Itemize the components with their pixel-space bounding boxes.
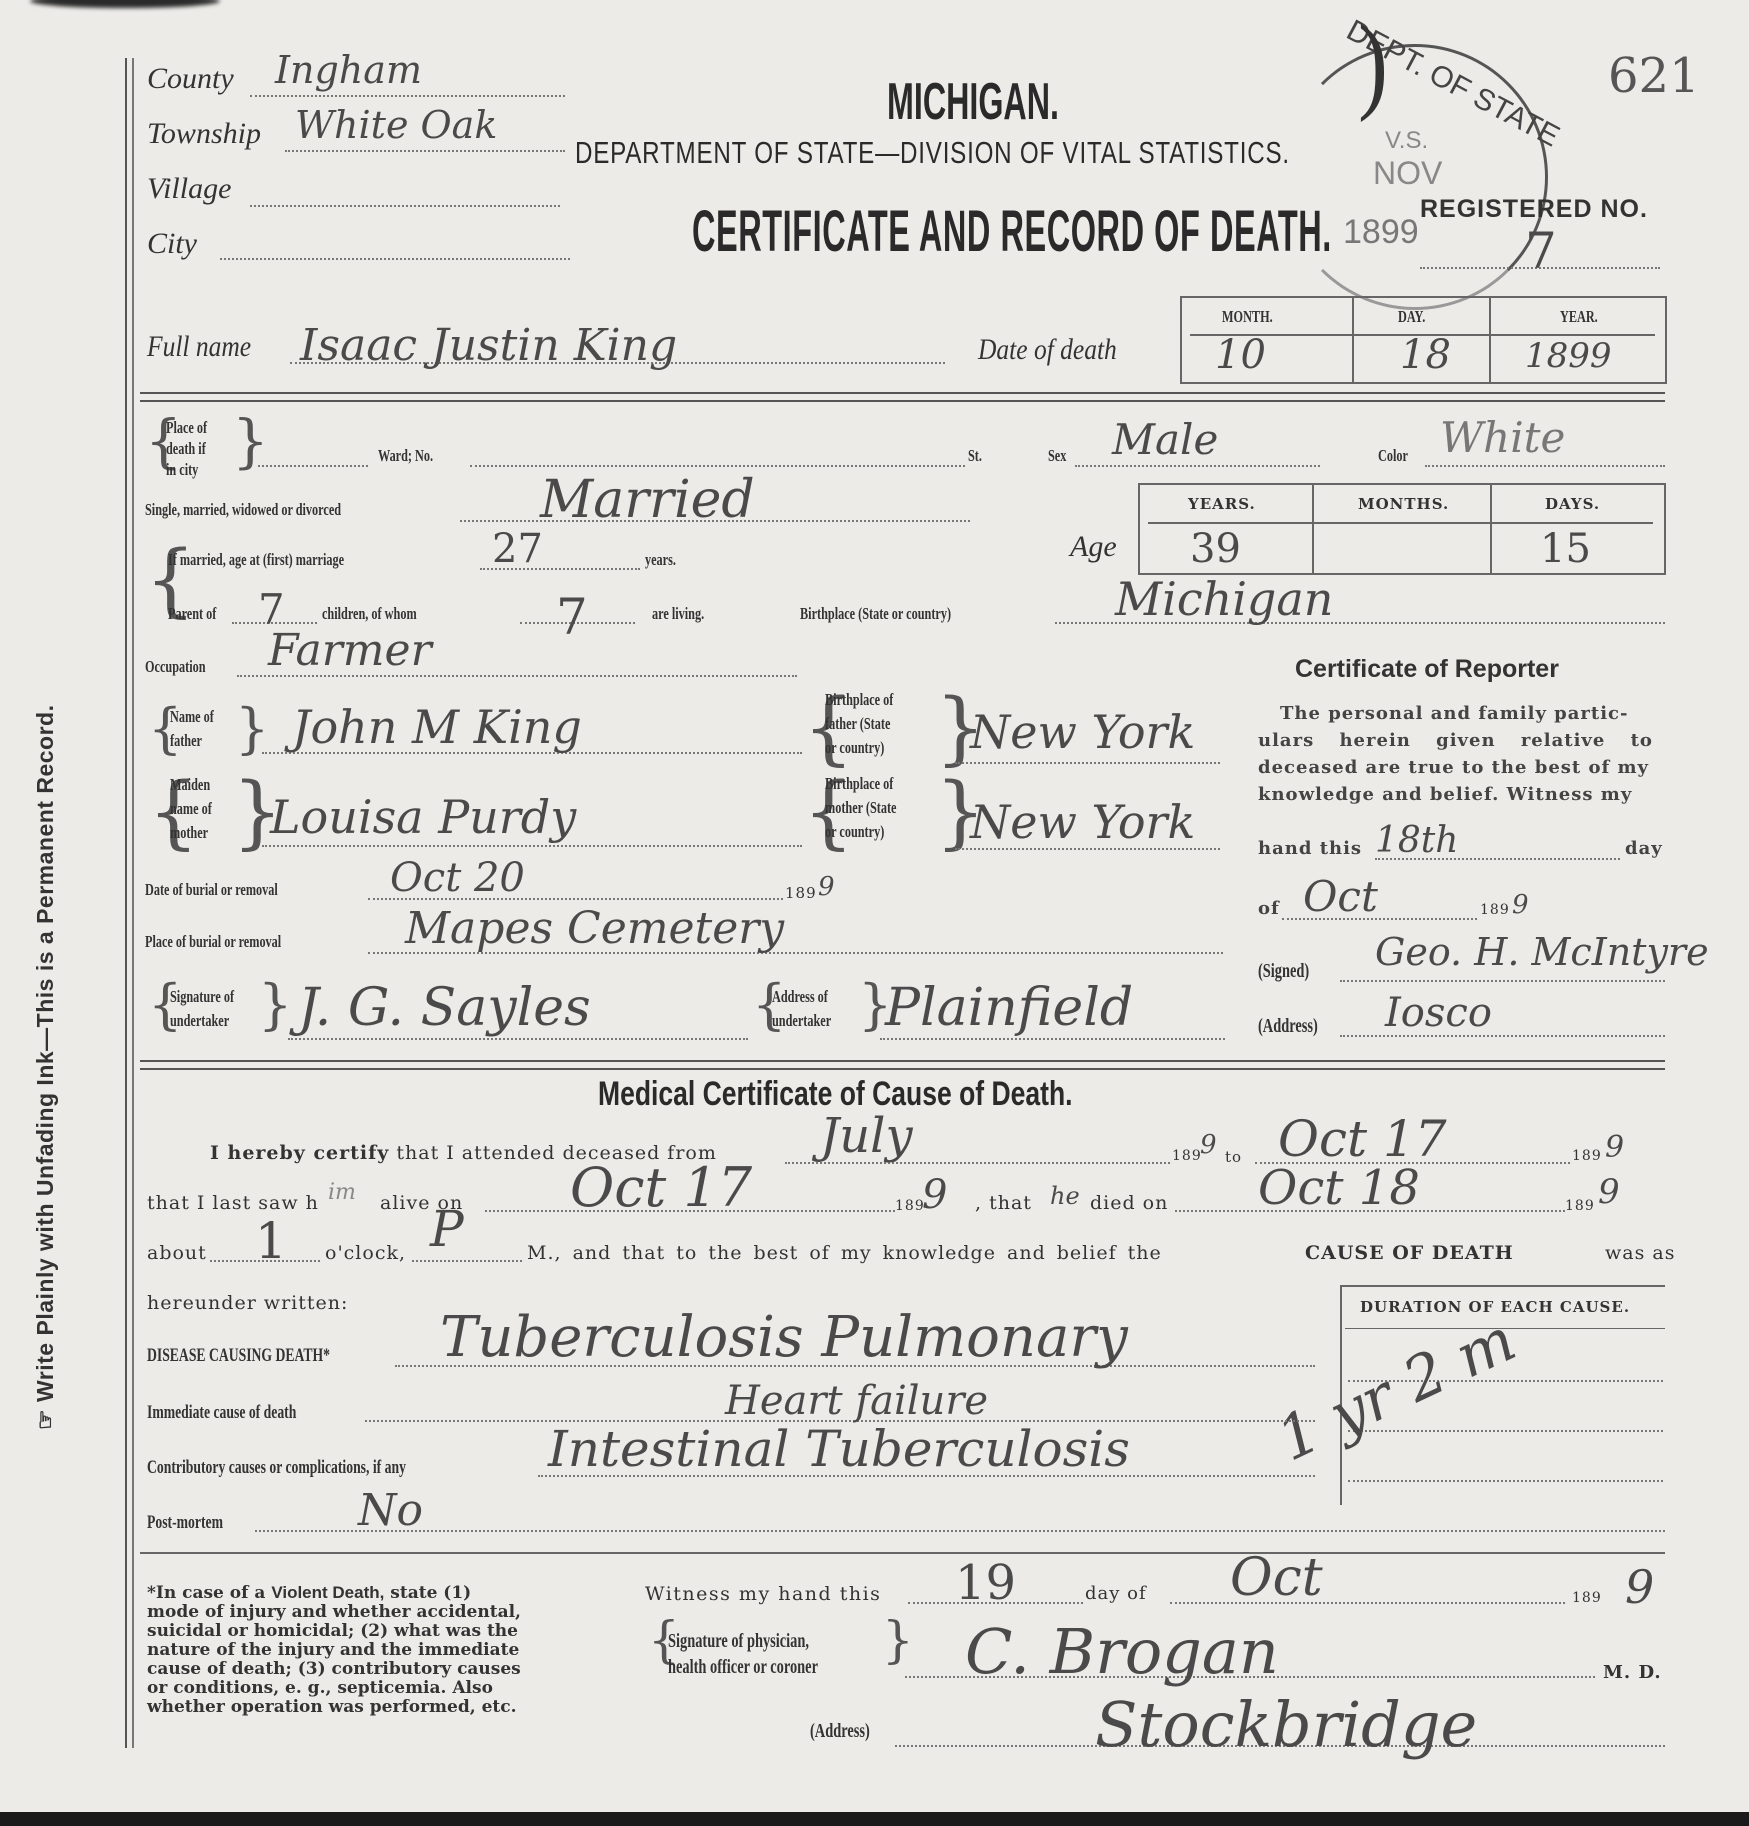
burial-place-label: Place of burial or removal xyxy=(145,932,281,952)
received-stamp: DEPT. OF STATE V.S. NOV 1899 xyxy=(1282,44,1548,310)
immediate-value[interactable]: Heart failure xyxy=(725,1378,988,1424)
reporter-address[interactable]: Iosco xyxy=(1385,990,1492,1036)
physician-day[interactable]: 19 xyxy=(955,1555,1016,1611)
color-line xyxy=(1425,465,1665,467)
date-col-day: DAY. xyxy=(1398,307,1425,327)
color-value[interactable]: White xyxy=(1440,413,1565,462)
date-of-death-label: Date of death xyxy=(978,333,1117,367)
scan-edge xyxy=(0,1812,1749,1826)
scan-smudge xyxy=(30,0,220,8)
date-col-year: YEAR. xyxy=(1560,307,1598,327)
immediate-label: Immediate cause of death xyxy=(147,1402,296,1424)
signed-label: (Signed) xyxy=(1258,960,1309,983)
children-of-whom-label: children, of whom xyxy=(322,604,417,624)
village-line[interactable] xyxy=(250,205,560,207)
are-living-label: are living. xyxy=(652,604,704,624)
county-label: County xyxy=(147,62,234,96)
years-suffix: years. xyxy=(645,550,676,570)
township-value[interactable]: White Oak xyxy=(295,103,497,147)
physician-year-suffix[interactable]: 9 xyxy=(1625,1560,1654,1614)
died-year-prefix: 189 xyxy=(1565,1198,1595,1214)
duration-line-3 xyxy=(1348,1480,1663,1482)
stamp-mid: V.S. xyxy=(1385,127,1428,155)
age-header-rule xyxy=(1148,522,1653,524)
age-label: Age xyxy=(1070,530,1117,564)
stamp-month: NOV xyxy=(1373,155,1442,192)
postmortem-value[interactable]: No xyxy=(358,1485,423,1536)
mother-label: Maiden name of mother xyxy=(170,773,212,845)
hereunder-label: hereunder written: xyxy=(147,1292,348,1314)
duration-line-2 xyxy=(1348,1430,1663,1432)
color-label: Color xyxy=(1378,446,1408,466)
village-label: Village xyxy=(147,172,231,206)
children-living[interactable]: 7 xyxy=(556,588,588,646)
state-title: MICHIGAN. xyxy=(887,72,1059,132)
died-date[interactable]: Oct 18 xyxy=(1258,1160,1420,1216)
hand-this-label: hand this xyxy=(1258,838,1362,859)
undertaker-address[interactable]: Plainfield xyxy=(885,978,1133,1038)
died-on-label: died on xyxy=(1090,1192,1168,1214)
reporter-year-prefix: 189 xyxy=(1480,902,1510,918)
sex-value[interactable]: Male xyxy=(1112,415,1218,464)
date-col-month: MONTH. xyxy=(1222,307,1273,327)
to-label: to xyxy=(1225,1148,1242,1166)
to-year-prefix: 189 xyxy=(1572,1148,1602,1164)
disease-value[interactable]: Tuberculosis Pulmonary xyxy=(440,1305,1128,1370)
father-birth-line xyxy=(955,762,1220,764)
township-label: Township xyxy=(147,117,261,151)
was-as-label: was as xyxy=(1605,1242,1675,1264)
contributory-value[interactable]: Intestinal Tuberculosis xyxy=(548,1420,1130,1478)
full-name-label: Full name xyxy=(147,330,251,364)
file-number: 621 xyxy=(1608,48,1700,104)
undertaker-line xyxy=(288,1038,748,1040)
burial-year-suffix[interactable]: 9 xyxy=(818,872,835,902)
burial-date-label: Date of burial or removal xyxy=(145,880,278,900)
day-suffix: day xyxy=(1625,838,1663,859)
to-year-suffix[interactable]: 9 xyxy=(1605,1130,1624,1165)
belief-label: M., and that to the best of my knowledge… xyxy=(527,1242,1162,1264)
postmortem-line xyxy=(255,1530,1665,1532)
day-of-label: day of xyxy=(1085,1583,1147,1604)
physician-year-prefix: 189 xyxy=(1572,1590,1602,1606)
form-title: CERTIFICATE AND RECORD OF DEATH. xyxy=(692,198,1332,265)
about-label: about xyxy=(147,1242,207,1264)
age-days[interactable]: 15 xyxy=(1540,526,1591,572)
age-divider xyxy=(1490,483,1492,573)
frame-line xyxy=(125,58,127,1748)
section-divider xyxy=(140,392,1665,402)
margin-note: ☞ Write Plainly with Unfading Ink—This i… xyxy=(32,705,59,1431)
reporter-body: The personal and family partic- ulars he… xyxy=(1258,700,1668,808)
age-divider xyxy=(1312,483,1314,573)
last-saw-label: that I last saw h xyxy=(147,1192,319,1214)
ward-label: Ward; No. xyxy=(378,446,433,466)
frame-line xyxy=(132,58,134,1748)
birthplace-label: Birthplace (State or country) xyxy=(800,604,951,624)
undertaker-label: Signature of undertaker xyxy=(170,985,234,1033)
registered-label: REGISTERED NO. xyxy=(1420,195,1648,224)
physician-address-label: (Address) xyxy=(810,1720,870,1743)
meridiem-value[interactable]: P xyxy=(430,1200,464,1258)
attended-from[interactable]: July xyxy=(820,1108,913,1164)
certificate-page: ☞ Write Plainly with Unfading Ink—This i… xyxy=(0,0,1749,1812)
age-col-years: YEARS. xyxy=(1188,495,1256,513)
mother-line xyxy=(262,845,802,847)
saw-year-suffix[interactable]: 9 xyxy=(922,1172,947,1218)
signed-line xyxy=(1340,980,1665,982)
township-line xyxy=(285,150,565,152)
physician-signature[interactable]: C. Brogan xyxy=(965,1615,1279,1688)
reporter-month[interactable]: Oct xyxy=(1303,872,1378,921)
that-label: , that xyxy=(975,1192,1032,1214)
city-line[interactable] xyxy=(220,258,570,260)
brace-right: } xyxy=(232,412,269,470)
mother-birthplace[interactable]: New York xyxy=(970,795,1195,849)
disease-label: DISEASE CAUSING DEATH* xyxy=(147,1345,330,1367)
father-label: Name of father xyxy=(170,705,214,753)
marital-label: Single, married, widowed or divorced xyxy=(145,500,341,520)
physician-month[interactable]: Oct xyxy=(1230,1548,1323,1608)
county-value[interactable]: Ingham xyxy=(275,48,422,92)
reporter-year-suffix[interactable]: 9 xyxy=(1512,890,1529,920)
section-divider xyxy=(140,1060,1665,1070)
stamp-year: 1899 xyxy=(1343,213,1419,252)
undertaker-signature[interactable]: J. G. Sayles xyxy=(298,978,591,1038)
duration-top-rule xyxy=(1340,1285,1665,1287)
brace-right: } xyxy=(882,1615,914,1665)
age-years[interactable]: 39 xyxy=(1190,526,1241,572)
reporter-signature[interactable]: Geo. H. McIntyre xyxy=(1375,930,1709,974)
date-divider xyxy=(1352,296,1354,382)
parent-of-label: Parent of xyxy=(168,604,216,624)
died-pronoun[interactable]: he xyxy=(1050,1182,1080,1210)
marital-value[interactable]: Married xyxy=(540,470,755,530)
birthplace-value[interactable]: Michigan xyxy=(1115,572,1333,626)
physician-signature-label: Signature of physician, health officer o… xyxy=(668,1628,818,1680)
cause-of-death-label: CAUSE OF DEATH xyxy=(1305,1242,1514,1264)
ward-line[interactable] xyxy=(470,465,965,467)
department-title: DEPARTMENT OF STATE—DIVISION OF VITAL ST… xyxy=(575,135,1290,171)
meridiem-line xyxy=(412,1260,522,1262)
md-suffix: M. D. xyxy=(1603,1662,1662,1683)
saw-year-prefix: 189 xyxy=(895,1198,925,1214)
occupation-label: Occupation xyxy=(145,657,206,677)
witness-label: Witness my hand this xyxy=(645,1583,881,1605)
father-birthplace[interactable]: New York xyxy=(970,705,1195,759)
place-line[interactable] xyxy=(258,465,368,467)
place-label: Place of death if in city xyxy=(166,417,207,480)
last-saw-pronoun[interactable]: im xyxy=(328,1180,356,1205)
death-day[interactable]: 18 xyxy=(1400,332,1451,378)
age-col-days: DAYS. xyxy=(1545,495,1600,513)
brace-right: } xyxy=(235,702,269,756)
date-divider xyxy=(1489,296,1491,382)
died-year-suffix[interactable]: 9 xyxy=(1598,1172,1620,1212)
physician-address[interactable]: Stockbridge xyxy=(1095,1688,1477,1761)
brace-right: } xyxy=(258,978,292,1032)
contributory-label: Contributory causes or complications, if… xyxy=(147,1457,406,1479)
county-line xyxy=(250,95,565,97)
burial-year-prefix: 189 xyxy=(785,884,817,902)
reporter-title: Certificate of Reporter xyxy=(1295,655,1559,684)
occupation-value[interactable]: Farmer xyxy=(268,625,432,676)
reporter-day[interactable]: 18th xyxy=(1375,820,1458,861)
burial-place[interactable]: Mapes Cemetery xyxy=(405,903,784,954)
registered-value[interactable]: 7 xyxy=(1525,222,1557,280)
burial-date[interactable]: Oct 20 xyxy=(390,855,525,901)
mother-birth-label: Birthplace of mother (State or country) xyxy=(825,772,896,844)
undertaker-address-line xyxy=(880,1038,1225,1040)
sex-label: Sex xyxy=(1048,446,1066,466)
duration-value[interactable]: 1 yr 2 m xyxy=(1267,1305,1526,1475)
undertaker-address-label: Address of undertaker xyxy=(772,985,831,1033)
st-label: St. xyxy=(968,446,982,466)
reporter-address-label: (Address) xyxy=(1258,1015,1318,1038)
father-birth-label: Birthplace of father (State or country) xyxy=(825,688,893,760)
from-year-suffix[interactable]: 9 xyxy=(1200,1130,1217,1160)
age-marriage-label: If married, age at (first) marriage xyxy=(168,550,344,570)
hour-value[interactable]: 1 xyxy=(255,1212,287,1270)
footnote: *In case of a Violent Death, state (1) m… xyxy=(147,1583,521,1717)
last-saw-date[interactable]: Oct 17 xyxy=(570,1156,752,1219)
father-name[interactable]: John M King xyxy=(292,700,582,754)
from-year-prefix: 189 xyxy=(1172,1148,1202,1164)
death-year[interactable]: 1899 xyxy=(1525,336,1612,376)
death-month[interactable]: 10 xyxy=(1215,332,1266,378)
sex-line xyxy=(1075,465,1320,467)
of-label: of xyxy=(1258,898,1280,919)
mother-name[interactable]: Louisa Purdy xyxy=(270,790,576,844)
oclock-label: o'clock, xyxy=(325,1242,406,1264)
postmortem-label: Post-mortem xyxy=(147,1512,223,1534)
age-col-months: MONTHS. xyxy=(1358,495,1449,513)
age-marriage-value[interactable]: 27 xyxy=(492,526,543,572)
full-name-value[interactable]: Isaac Justin King xyxy=(300,320,677,371)
city-label: City xyxy=(147,227,197,261)
check-mark-icon: ) xyxy=(1358,2,1388,126)
section-divider xyxy=(140,1552,1665,1554)
